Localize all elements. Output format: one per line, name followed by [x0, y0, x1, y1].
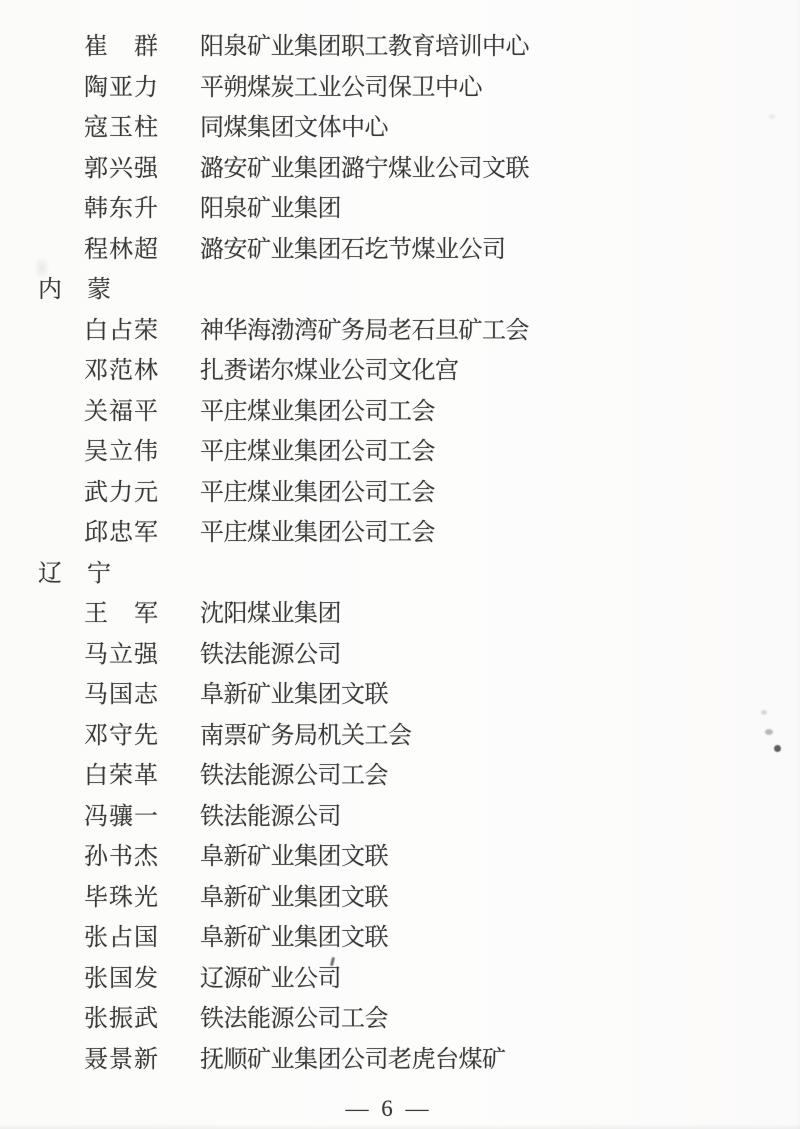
page-edge-shadow — [796, 0, 800, 1129]
page-footer: — 6 — — [0, 1096, 774, 1122]
roster-content: 崔 群阳泉矿业集团职工教育培训中心陶亚力平朔煤炭工业公司保卫中心寇玉柱同煤集团文… — [0, 0, 800, 1080]
person-name: 聂景新 — [84, 1040, 200, 1081]
person-name: 白荣革 — [84, 756, 200, 797]
scan-speck — [765, 729, 773, 735]
section-region-title: 辽 宁 — [38, 554, 112, 595]
scan-speck — [774, 745, 781, 752]
organization-name: 平庄煤业集团公司工会 — [200, 513, 435, 554]
organization-name: 同煤集团文体中心 — [200, 108, 388, 149]
person-name: 冯骧一 — [84, 797, 200, 838]
roster-row: 冯骧一铁法能源公司 — [0, 797, 800, 838]
roster-row: 邓守先南票矿务局机关工会 — [0, 716, 800, 757]
roster-row: 陶亚力平朔煤炭工业公司保卫中心 — [0, 68, 800, 109]
page-edge-shadow — [0, 1124, 800, 1129]
organization-name: 平朔煤炭工业公司保卫中心 — [200, 68, 482, 109]
person-name: 关福平 — [84, 392, 200, 433]
organization-name: 铁法能源公司 — [200, 797, 341, 838]
organization-name: 平庄煤业集团公司工会 — [200, 392, 435, 433]
roster-row: 寇玉柱同煤集团文体中心 — [0, 108, 800, 149]
organization-name: 阳泉矿业集团 — [200, 189, 341, 230]
person-name: 邓范林 — [84, 351, 200, 392]
person-name: 王 军 — [84, 594, 200, 635]
roster-row: 邱忠军平庄煤业集团公司工会 — [0, 513, 800, 554]
roster-row: 邓范林扎赉诺尔煤业公司文化宫 — [0, 351, 800, 392]
section-region-title: 内 蒙 — [38, 270, 112, 311]
section-header-row: 辽 宁 — [0, 554, 800, 595]
organization-name: 神华海渤湾矿务局老石旦矿工会 — [200, 311, 529, 352]
person-name: 张国发 — [84, 959, 200, 1000]
person-name: 张占国 — [84, 918, 200, 959]
person-name: 吴立伟 — [84, 432, 200, 473]
organization-name: 抚顺矿业集团公司老虎台煤矿 — [200, 1040, 506, 1081]
roster-row: 程林超潞安矿业集团石圪节煤业公司 — [0, 230, 800, 271]
organization-name: 铁法能源公司 — [200, 635, 341, 676]
roster-row: 张占国阜新矿业集团文联 — [0, 918, 800, 959]
organization-name: 南票矿务局机关工会 — [200, 716, 412, 757]
person-name: 马立强 — [84, 635, 200, 676]
organization-name: 沈阳煤业集团 — [200, 594, 341, 635]
organization-name: 阳泉矿业集团职工教育培训中心 — [200, 27, 529, 68]
roster-row: 张振武铁法能源公司工会 — [0, 999, 800, 1040]
organization-name: 铁法能源公司工会 — [200, 999, 388, 1040]
organization-name: 扎赉诺尔煤业公司文化宫 — [200, 351, 459, 392]
roster-row: 郭兴强潞安矿业集团潞宁煤业公司文联 — [0, 149, 800, 190]
person-name: 白占荣 — [84, 311, 200, 352]
scan-speck — [769, 114, 775, 119]
organization-name: 潞安矿业集团石圪节煤业公司 — [200, 230, 506, 271]
scan-smudge — [34, 256, 50, 280]
roster-row: 聂景新抚顺矿业集团公司老虎台煤矿 — [0, 1040, 800, 1081]
organization-name: 平庄煤业集团公司工会 — [200, 432, 435, 473]
person-name: 寇玉柱 — [84, 108, 200, 149]
organization-name: 阜新矿业集团文联 — [200, 675, 388, 716]
roster-row: 毕珠光阜新矿业集团文联 — [0, 878, 800, 919]
organization-name: 阜新矿业集团文联 — [200, 918, 388, 959]
person-name: 马国志 — [84, 675, 200, 716]
organization-name: 辽源矿业公司 — [200, 959, 341, 1000]
roster-row: 孙书杰阜新矿业集团文联 — [0, 837, 800, 878]
scan-speck — [761, 710, 767, 715]
roster-row: 马立强铁法能源公司 — [0, 635, 800, 676]
person-name: 毕珠光 — [84, 878, 200, 919]
roster-row: 白荣革铁法能源公司工会 — [0, 756, 800, 797]
roster-row: 韩东升阳泉矿业集团 — [0, 189, 800, 230]
page-number: — 6 — — [346, 1096, 429, 1121]
roster-row: 王 军沈阳煤业集团 — [0, 594, 800, 635]
person-name: 张振武 — [84, 999, 200, 1040]
roster-row: 马国志阜新矿业集团文联 — [0, 675, 800, 716]
person-name: 邱忠军 — [84, 513, 200, 554]
roster-row: 白占荣神华海渤湾矿务局老石旦矿工会 — [0, 311, 800, 352]
organization-name: 阜新矿业集团文联 — [200, 878, 388, 919]
person-name: 武力元 — [84, 473, 200, 514]
roster-row: 吴立伟平庄煤业集团公司工会 — [0, 432, 800, 473]
person-name: 孙书杰 — [84, 837, 200, 878]
organization-name: 铁法能源公司工会 — [200, 756, 388, 797]
person-name: 郭兴强 — [84, 149, 200, 190]
organization-name: 潞安矿业集团潞宁煤业公司文联 — [200, 149, 529, 190]
person-name: 陶亚力 — [84, 68, 200, 109]
roster-row: 武力元平庄煤业集团公司工会 — [0, 473, 800, 514]
roster-row: 张国发辽源矿业公司 — [0, 959, 800, 1000]
person-name: 韩东升 — [84, 189, 200, 230]
person-name: 崔 群 — [84, 27, 200, 68]
roster-row: 崔 群阳泉矿业集团职工教育培训中心 — [0, 27, 800, 68]
scanned-document-page: 崔 群阳泉矿业集团职工教育培训中心陶亚力平朔煤炭工业公司保卫中心寇玉柱同煤集团文… — [0, 0, 800, 1129]
person-name: 程林超 — [84, 230, 200, 271]
organization-name: 平庄煤业集团公司工会 — [200, 473, 435, 514]
person-name: 邓守先 — [84, 716, 200, 757]
section-header-row: 内 蒙 — [0, 270, 800, 311]
organization-name: 阜新矿业集团文联 — [200, 837, 388, 878]
roster-row: 关福平平庄煤业集团公司工会 — [0, 392, 800, 433]
